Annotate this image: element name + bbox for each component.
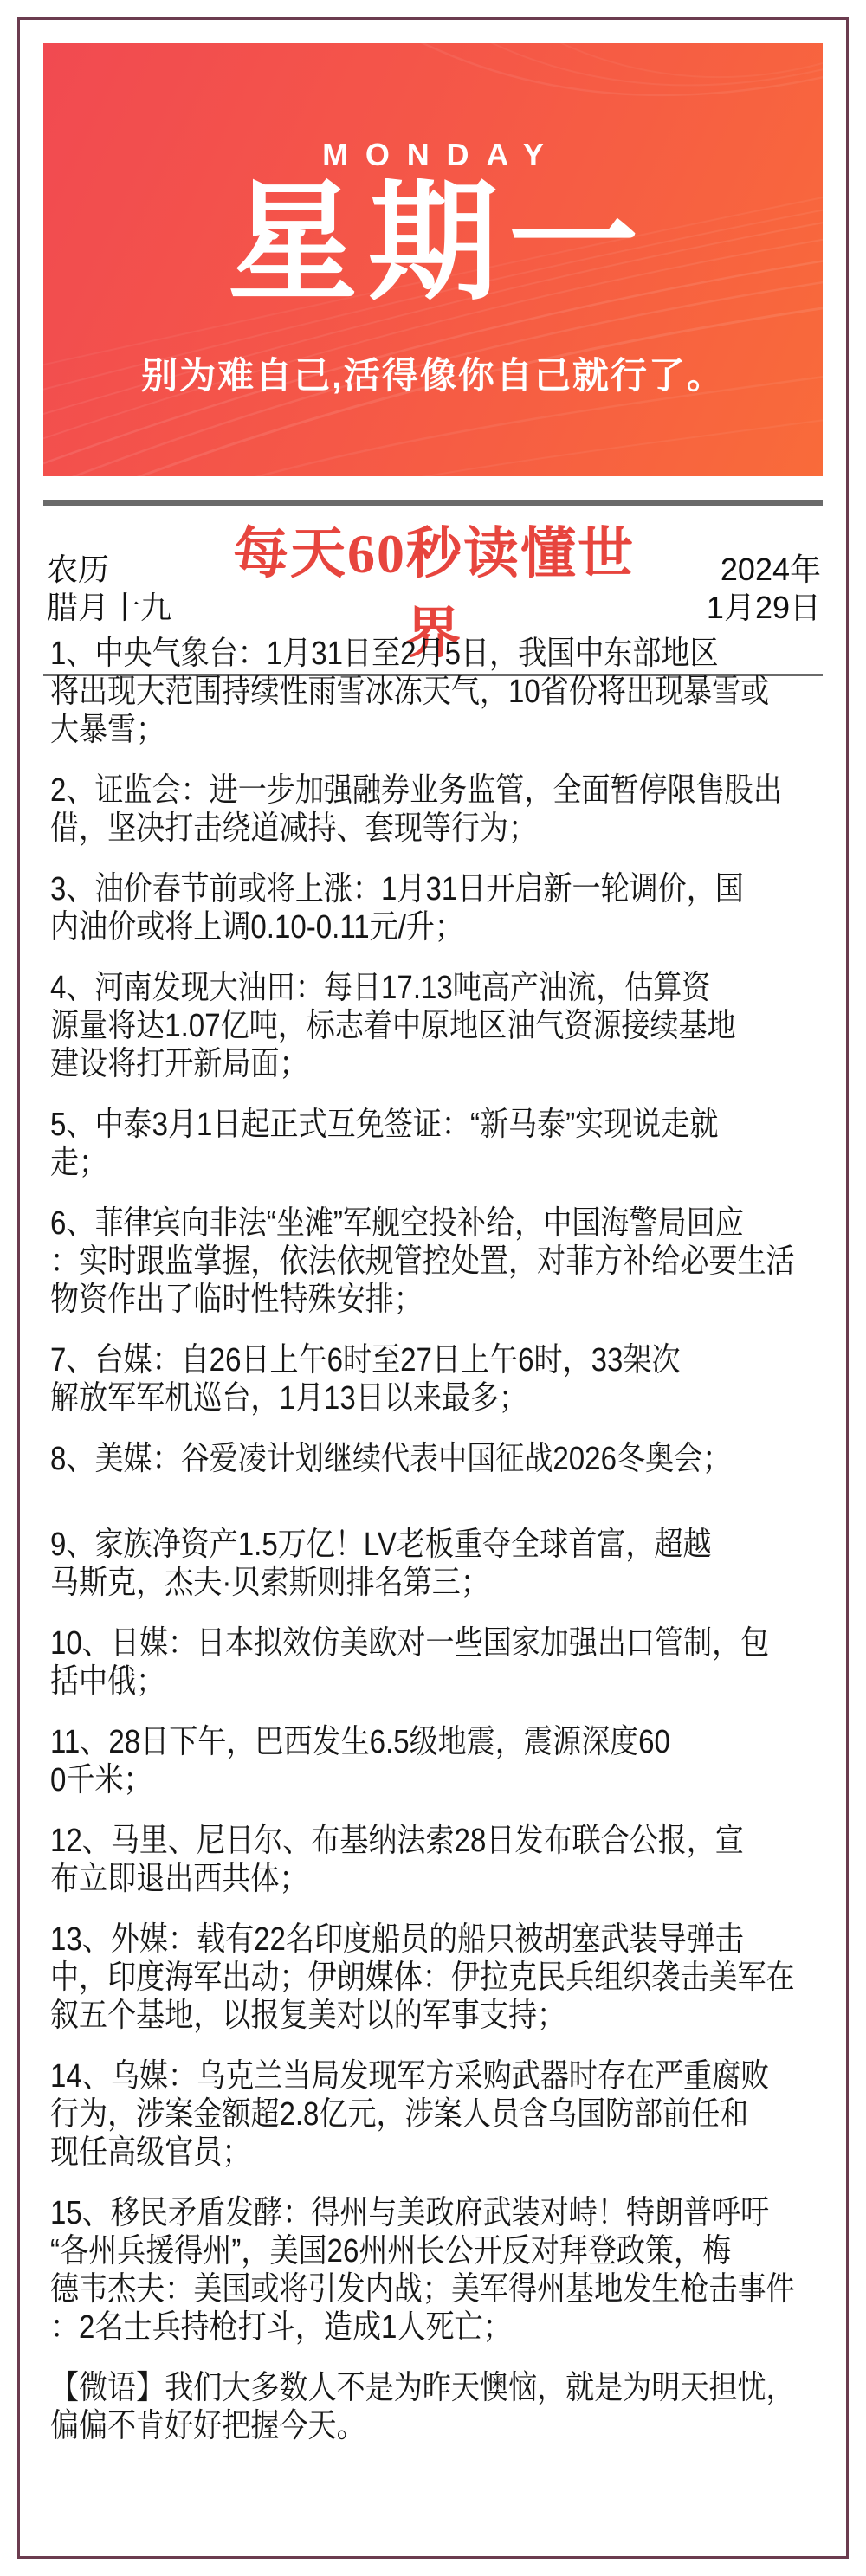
date-label: 1月29日 — [639, 589, 821, 627]
weekday-zh-title: 星期一 — [43, 182, 823, 307]
weekday-en-label: MONDAY — [43, 43, 823, 171]
news-item: 12、马里、尼日尔、布基纳法索28日发布联合公报，宣 布立即退出西共体； — [50, 1822, 834, 1898]
banner-quote: 别为难自己,活得像你自己就行了。 — [43, 355, 823, 397]
news-item: 15、移民矛盾发酵：得州与美政府武装对峙！特朗普呼吁 “各州兵援得州”，美国26… — [50, 2194, 834, 2347]
news-list: 1、中央气象台：1月31日至2月5日，我国中东部地区 将出现大范围持续性雨雪冰冻… — [50, 635, 866, 2468]
news-item: 5、中泰3月1日起正式互免签证：“新马泰”实现说走就 走； — [50, 1106, 834, 1182]
lunar-date: 腊月十九 — [47, 589, 229, 627]
news-item: 11、28日下午，巴西发生6.5级地震，震源深度60 0千米； — [50, 1723, 834, 1799]
news-item: 14、乌媒：乌克兰当局发现军方采购武器时存在严重腐败 行为，涉案金额超2.8亿元… — [50, 2057, 834, 2172]
micro-quote: 【微语】我们大多数人不是为昨天懊恼，就是为明天担忧， 偏偏不肯好好把握今天。 — [50, 2369, 834, 2445]
date-bar-top-rule — [43, 500, 823, 506]
year-label: 2024年 — [639, 551, 821, 589]
news-item: 1、中央气象台：1月31日至2月5日，我国中东部地区 将出现大范围持续性雨雪冰冻… — [50, 635, 834, 749]
news-item: 2、证监会：进一步加强融券业务监管，全面暂停限售股出 借，坚决打击绕道减持、套现… — [50, 772, 834, 848]
lunar-column: 农历 腊月十九 — [43, 551, 229, 627]
news-item: 4、河南发现大油田：每日17.13吨高产油流，估算资 源量将达1.07亿吨，标志… — [50, 969, 834, 1083]
news-item: 13、外媒：载有22名印度船员的船只被胡塞武装导弹击 中，印度海军出动；伊朗媒体… — [50, 1921, 834, 2035]
news-item: 10、日媒：日本拟效仿美欧对一些国家加强出口管制，包 括中俄； — [50, 1624, 834, 1701]
news-item: 6、菲律宾向非法“坐滩”军舰空投补给，中国海警局回应 ：实时跟监掌握，依法依规管… — [50, 1204, 834, 1319]
news-item: 3、油价春节前或将上涨：1月31日开启新一轮调价，国 内油价或将上调0.10-0… — [50, 870, 834, 946]
gregorian-column: 2024年 1月29日 — [639, 551, 823, 627]
news-item: 9、家族净资产1.5万亿！LV老板重夺全球首富，超越 马斯克，杰夫·贝索斯则排名… — [50, 1526, 834, 1602]
news-item: 7、台媒：自26日上午6时至27日上午6时，33架次 解放军军机巡台，1月13日… — [50, 1341, 834, 1417]
lunar-calendar-label: 农历 — [47, 551, 229, 589]
news-item: 8、美媒：谷爱凌计划继续代表中国征战2026冬奥会； — [50, 1440, 834, 1478]
header-banner: MONDAY 星期一 别为难自己,活得像你自己就行了。 — [43, 43, 823, 476]
